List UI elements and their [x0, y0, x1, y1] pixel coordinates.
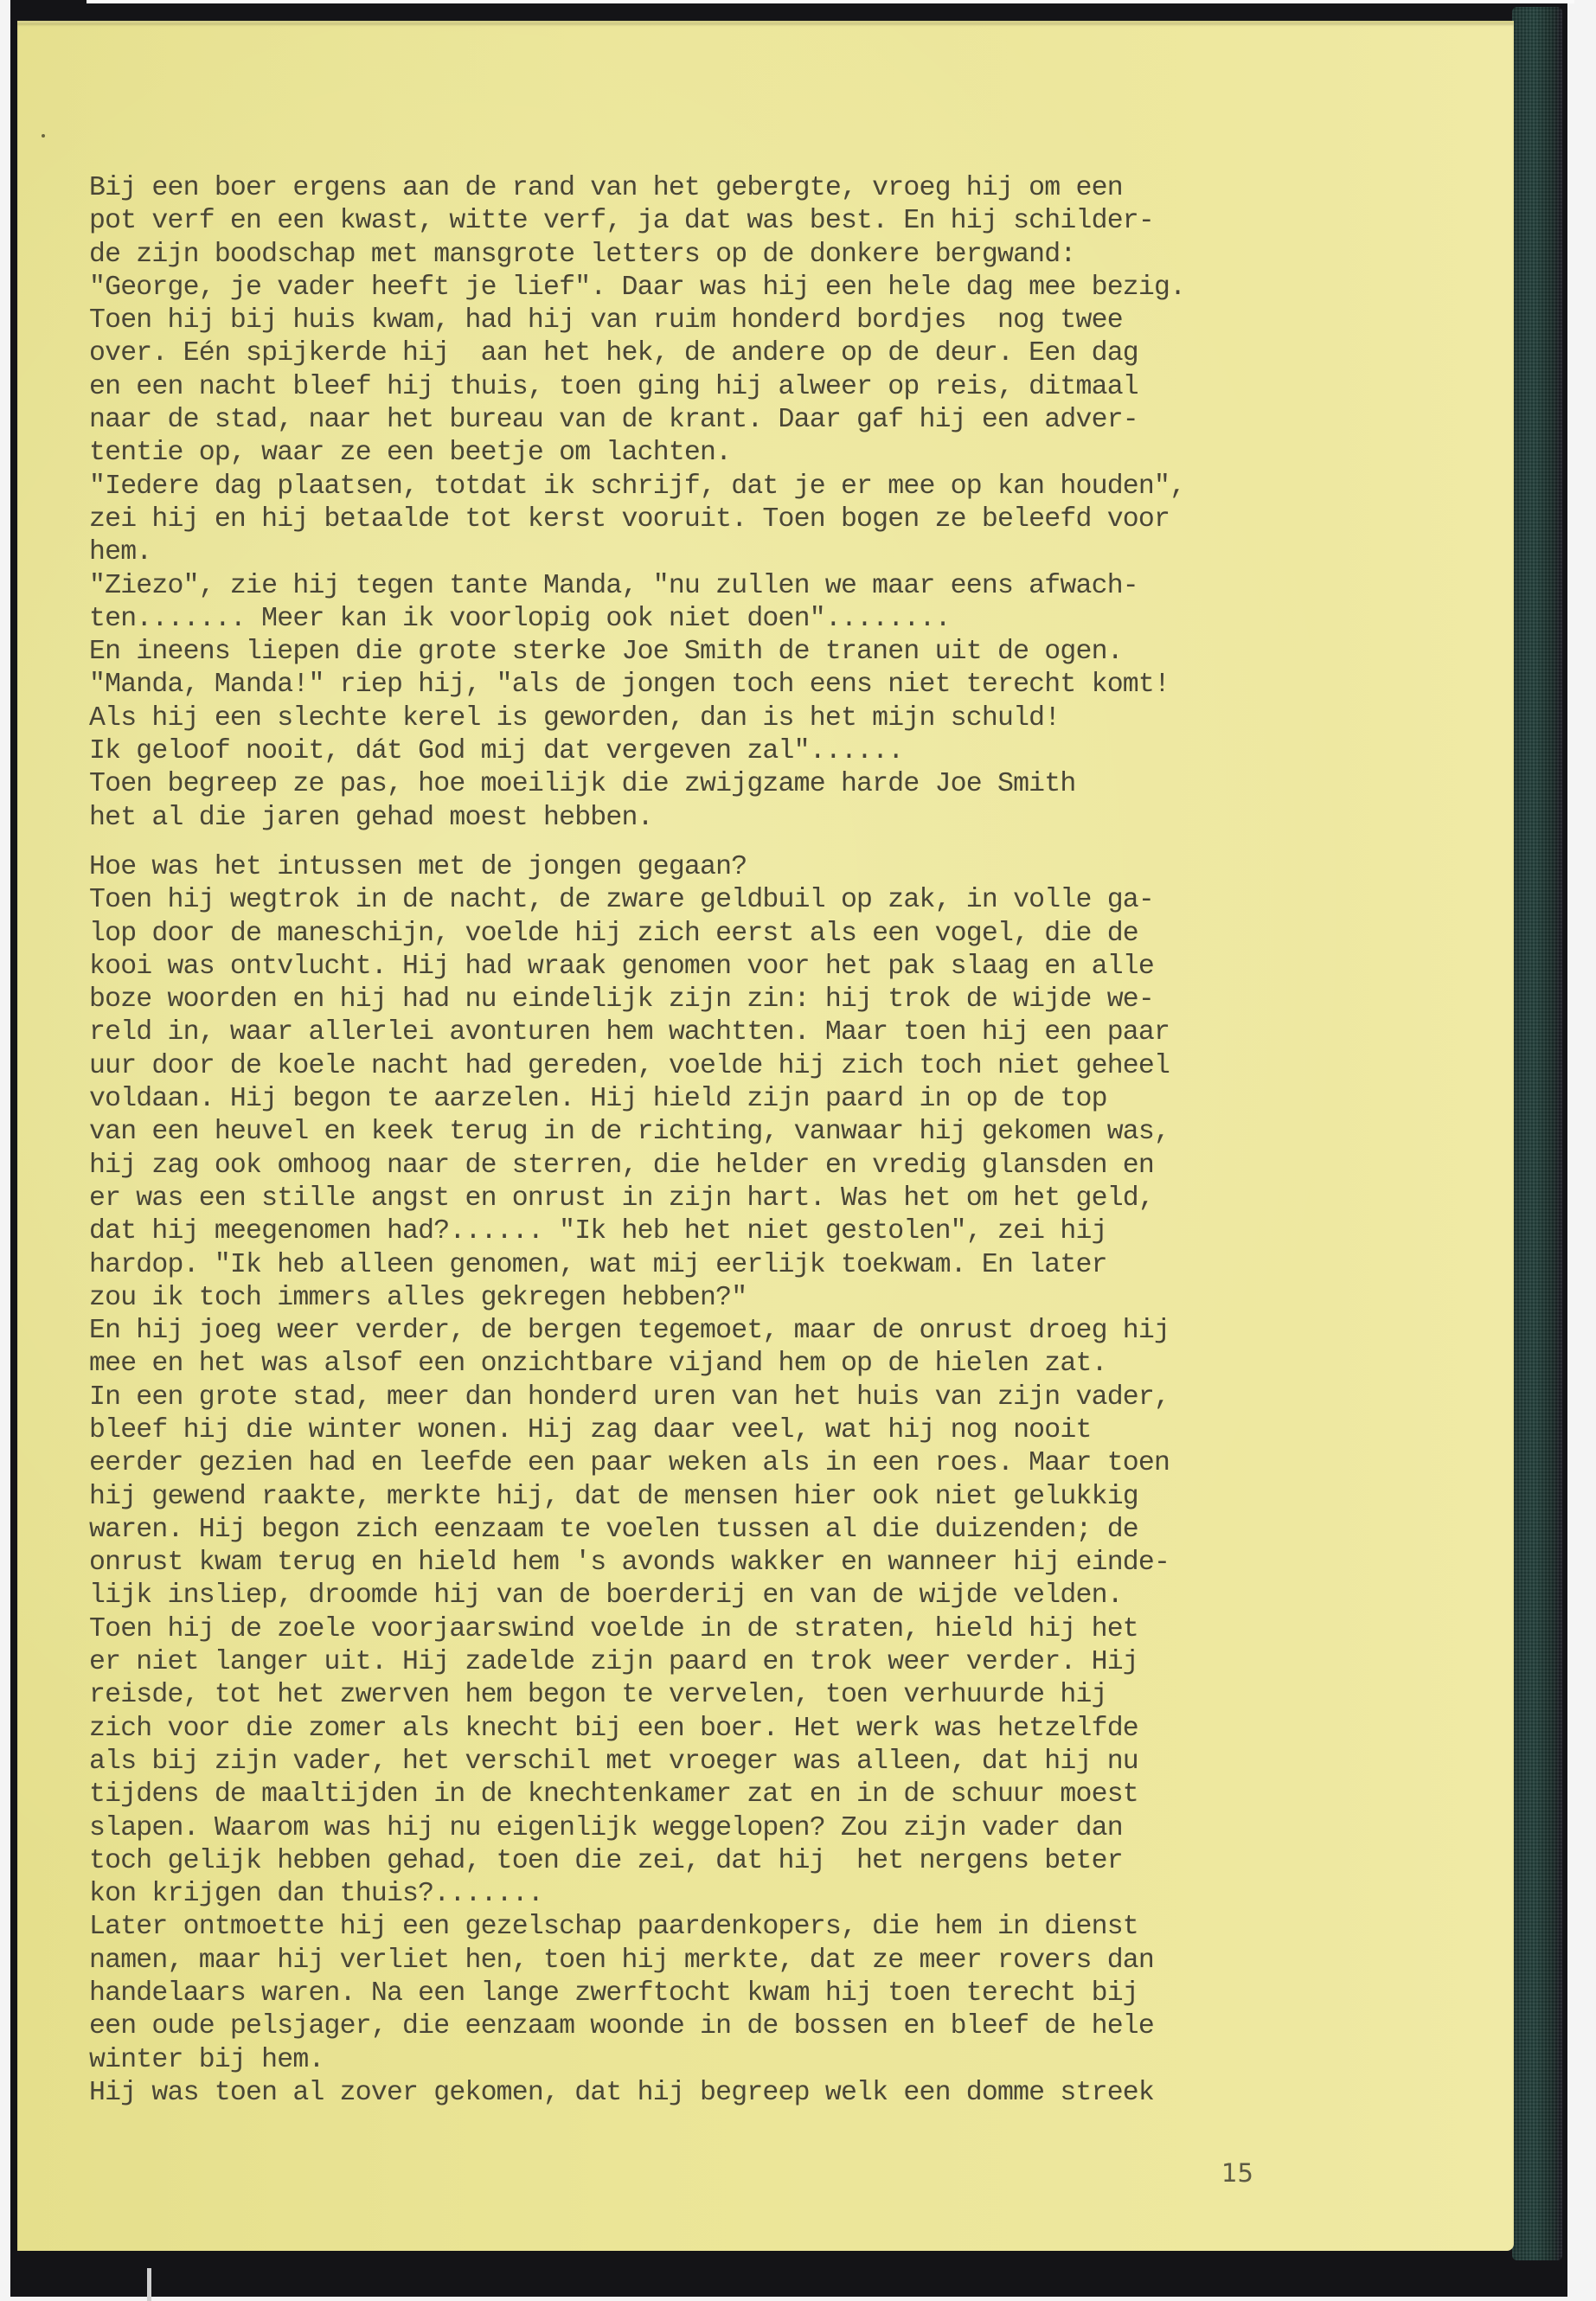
text-line: bleef hij die winter wonen. Hij zag daar…: [89, 1414, 1352, 1447]
text-line: de zijn boodschap met mansgrote letters …: [89, 239, 1352, 272]
text-line: winter bij hem.: [89, 2044, 1352, 2077]
text-line: mee en het was alsof een onzichtbare vij…: [89, 1348, 1352, 1381]
scan-edge: [87, 0, 1574, 3]
text-line: Hij was toen al zover gekomen, dat hij b…: [89, 2077, 1352, 2110]
text-line: hij zag ook omhoog naar de sterren, die …: [89, 1150, 1352, 1183]
text-line: een oude pelsjager, die eenzaam woonde i…: [89, 2010, 1352, 2043]
text-line: waren. Hij begon zich eenzaam te voelen …: [89, 1514, 1352, 1547]
text-line: "Ziezo", zie hij tegen tante Manda, "nu …: [89, 570, 1352, 603]
text-line: slapen. Waarom was hij nu eigenlijk wegg…: [89, 1812, 1352, 1845]
text-line: Als hij een slechte kerel is geworden, d…: [89, 702, 1352, 735]
text-line: In een grote stad, meer dan honderd uren…: [89, 1381, 1352, 1414]
text-line: uur door de koele nacht had gereden, voe…: [89, 1050, 1352, 1083]
text-line: van een heuvel en keek terug in de richt…: [89, 1116, 1352, 1149]
text-line: lijk insliep, droomde hij van de boerder…: [89, 1580, 1352, 1612]
text-line: hem.: [89, 536, 1352, 569]
text-line: er niet langer uit. Hij zadelde zijn paa…: [89, 1646, 1352, 1679]
text-line: handelaars waren. Na een lange zwerftoch…: [89, 1977, 1352, 2010]
text-line: hardop. "Ik heb alleen genomen, wat mij …: [89, 1249, 1352, 1282]
text-line: Ik geloof nooit, dát God mij dat vergeve…: [89, 735, 1352, 768]
text-line: Hoe was het intussen met de jongen gegaa…: [89, 851, 1352, 884]
text-line: "Manda, Manda!" riep hij, "als de jongen…: [89, 669, 1352, 702]
text-line: zou ik toch immers alles gekregen hebben…: [89, 1282, 1352, 1315]
text-line: toch gelijk hebben gehad, toen die zei, …: [89, 1845, 1352, 1878]
text-line: onrust kwam terug en hield hem 's avonds…: [89, 1547, 1352, 1580]
text-line: Toen hij bij huis kwam, had hij van ruim…: [89, 304, 1352, 337]
text-line: "Iedere dag plaatsen, totdat ik schrijf,…: [89, 471, 1352, 503]
text-line: Toen hij wegtrok in de nacht, de zware g…: [89, 884, 1352, 917]
book-binding-spine: [1512, 7, 1562, 2260]
text-line: hij gewend raakte, merkte hij, dat de me…: [89, 1481, 1352, 1514]
book-page: Bij een boer ergens aan de rand van het …: [17, 21, 1514, 2251]
text-line: namen, maar hij verliet hen, toen hij me…: [89, 1945, 1352, 1977]
page-text-body: Bij een boer ergens aan de rand van het …: [89, 172, 1352, 2110]
text-line: Later ontmoette hij een gezelschap paard…: [89, 1911, 1352, 1944]
text-line: tentie op, waar ze een beetje om lachten…: [89, 437, 1352, 470]
text-line: ten....... Meer kan ik voorlopig ook nie…: [89, 603, 1352, 636]
text-line: pot verf en een kwast, witte verf, ja da…: [89, 205, 1352, 238]
text-line: zich voor die zomer als knecht bij een b…: [89, 1713, 1352, 1746]
text-line: reisde, tot het zwerven hem begon te ver…: [89, 1679, 1352, 1712]
text-line: over. Eén spijkerde hij aan het hek, de …: [89, 337, 1352, 370]
paragraph-gap: [89, 835, 1352, 851]
text-line: Toen hij de zoele voorjaarswind voelde i…: [89, 1613, 1352, 1646]
text-line: voldaan. Hij begon te aarzelen. Hij hiel…: [89, 1083, 1352, 1116]
text-line: tijdens de maaltijden in de knechtenkame…: [89, 1779, 1352, 1811]
text-line: boze woorden en hij had nu eindelijk zij…: [89, 984, 1352, 1016]
text-line: En hij joeg weer verder, de bergen tegem…: [89, 1315, 1352, 1348]
paragraph: Bij een boer ergens aan de rand van het …: [89, 172, 1352, 835]
text-line: "George, je vader heeft je lief". Daar w…: [89, 272, 1352, 304]
text-line: kon krijgen dan thuis?.......: [89, 1878, 1352, 1911]
page-number: 15: [1221, 2158, 1253, 2188]
paragraph: Hoe was het intussen met de jongen gegaa…: [89, 851, 1352, 2110]
text-line: dat hij meegenomen had?...... "Ik heb he…: [89, 1215, 1352, 1248]
text-line: eerder gezien had en leefde een paar wek…: [89, 1447, 1352, 1480]
text-line: en een nacht bleef hij thuis, toen ging …: [89, 371, 1352, 404]
paper-speck: [42, 134, 45, 138]
scan-artifact: [147, 2268, 151, 2301]
text-line: En ineens liepen die grote sterke Joe Sm…: [89, 636, 1352, 669]
text-line: zei hij en hij betaalde tot kerst voorui…: [89, 503, 1352, 536]
text-line: kooi was ontvlucht. Hij had wraak genome…: [89, 951, 1352, 984]
text-line: reld in, waar allerlei avonturen hem wac…: [89, 1016, 1352, 1049]
text-line: lop door de maneschijn, voelde hij zich …: [89, 918, 1352, 951]
text-line: Bij een boer ergens aan de rand van het …: [89, 172, 1352, 205]
text-line: het al die jaren gehad moest hebben.: [89, 802, 1352, 835]
text-line: er was een stille angst en onrust in zij…: [89, 1183, 1352, 1215]
text-line: als bij zijn vader, het verschil met vro…: [89, 1746, 1352, 1779]
text-line: naar de stad, naar het bureau van de kra…: [89, 404, 1352, 437]
text-line: Toen begreep ze pas, hoe moeilijk die zw…: [89, 768, 1352, 801]
